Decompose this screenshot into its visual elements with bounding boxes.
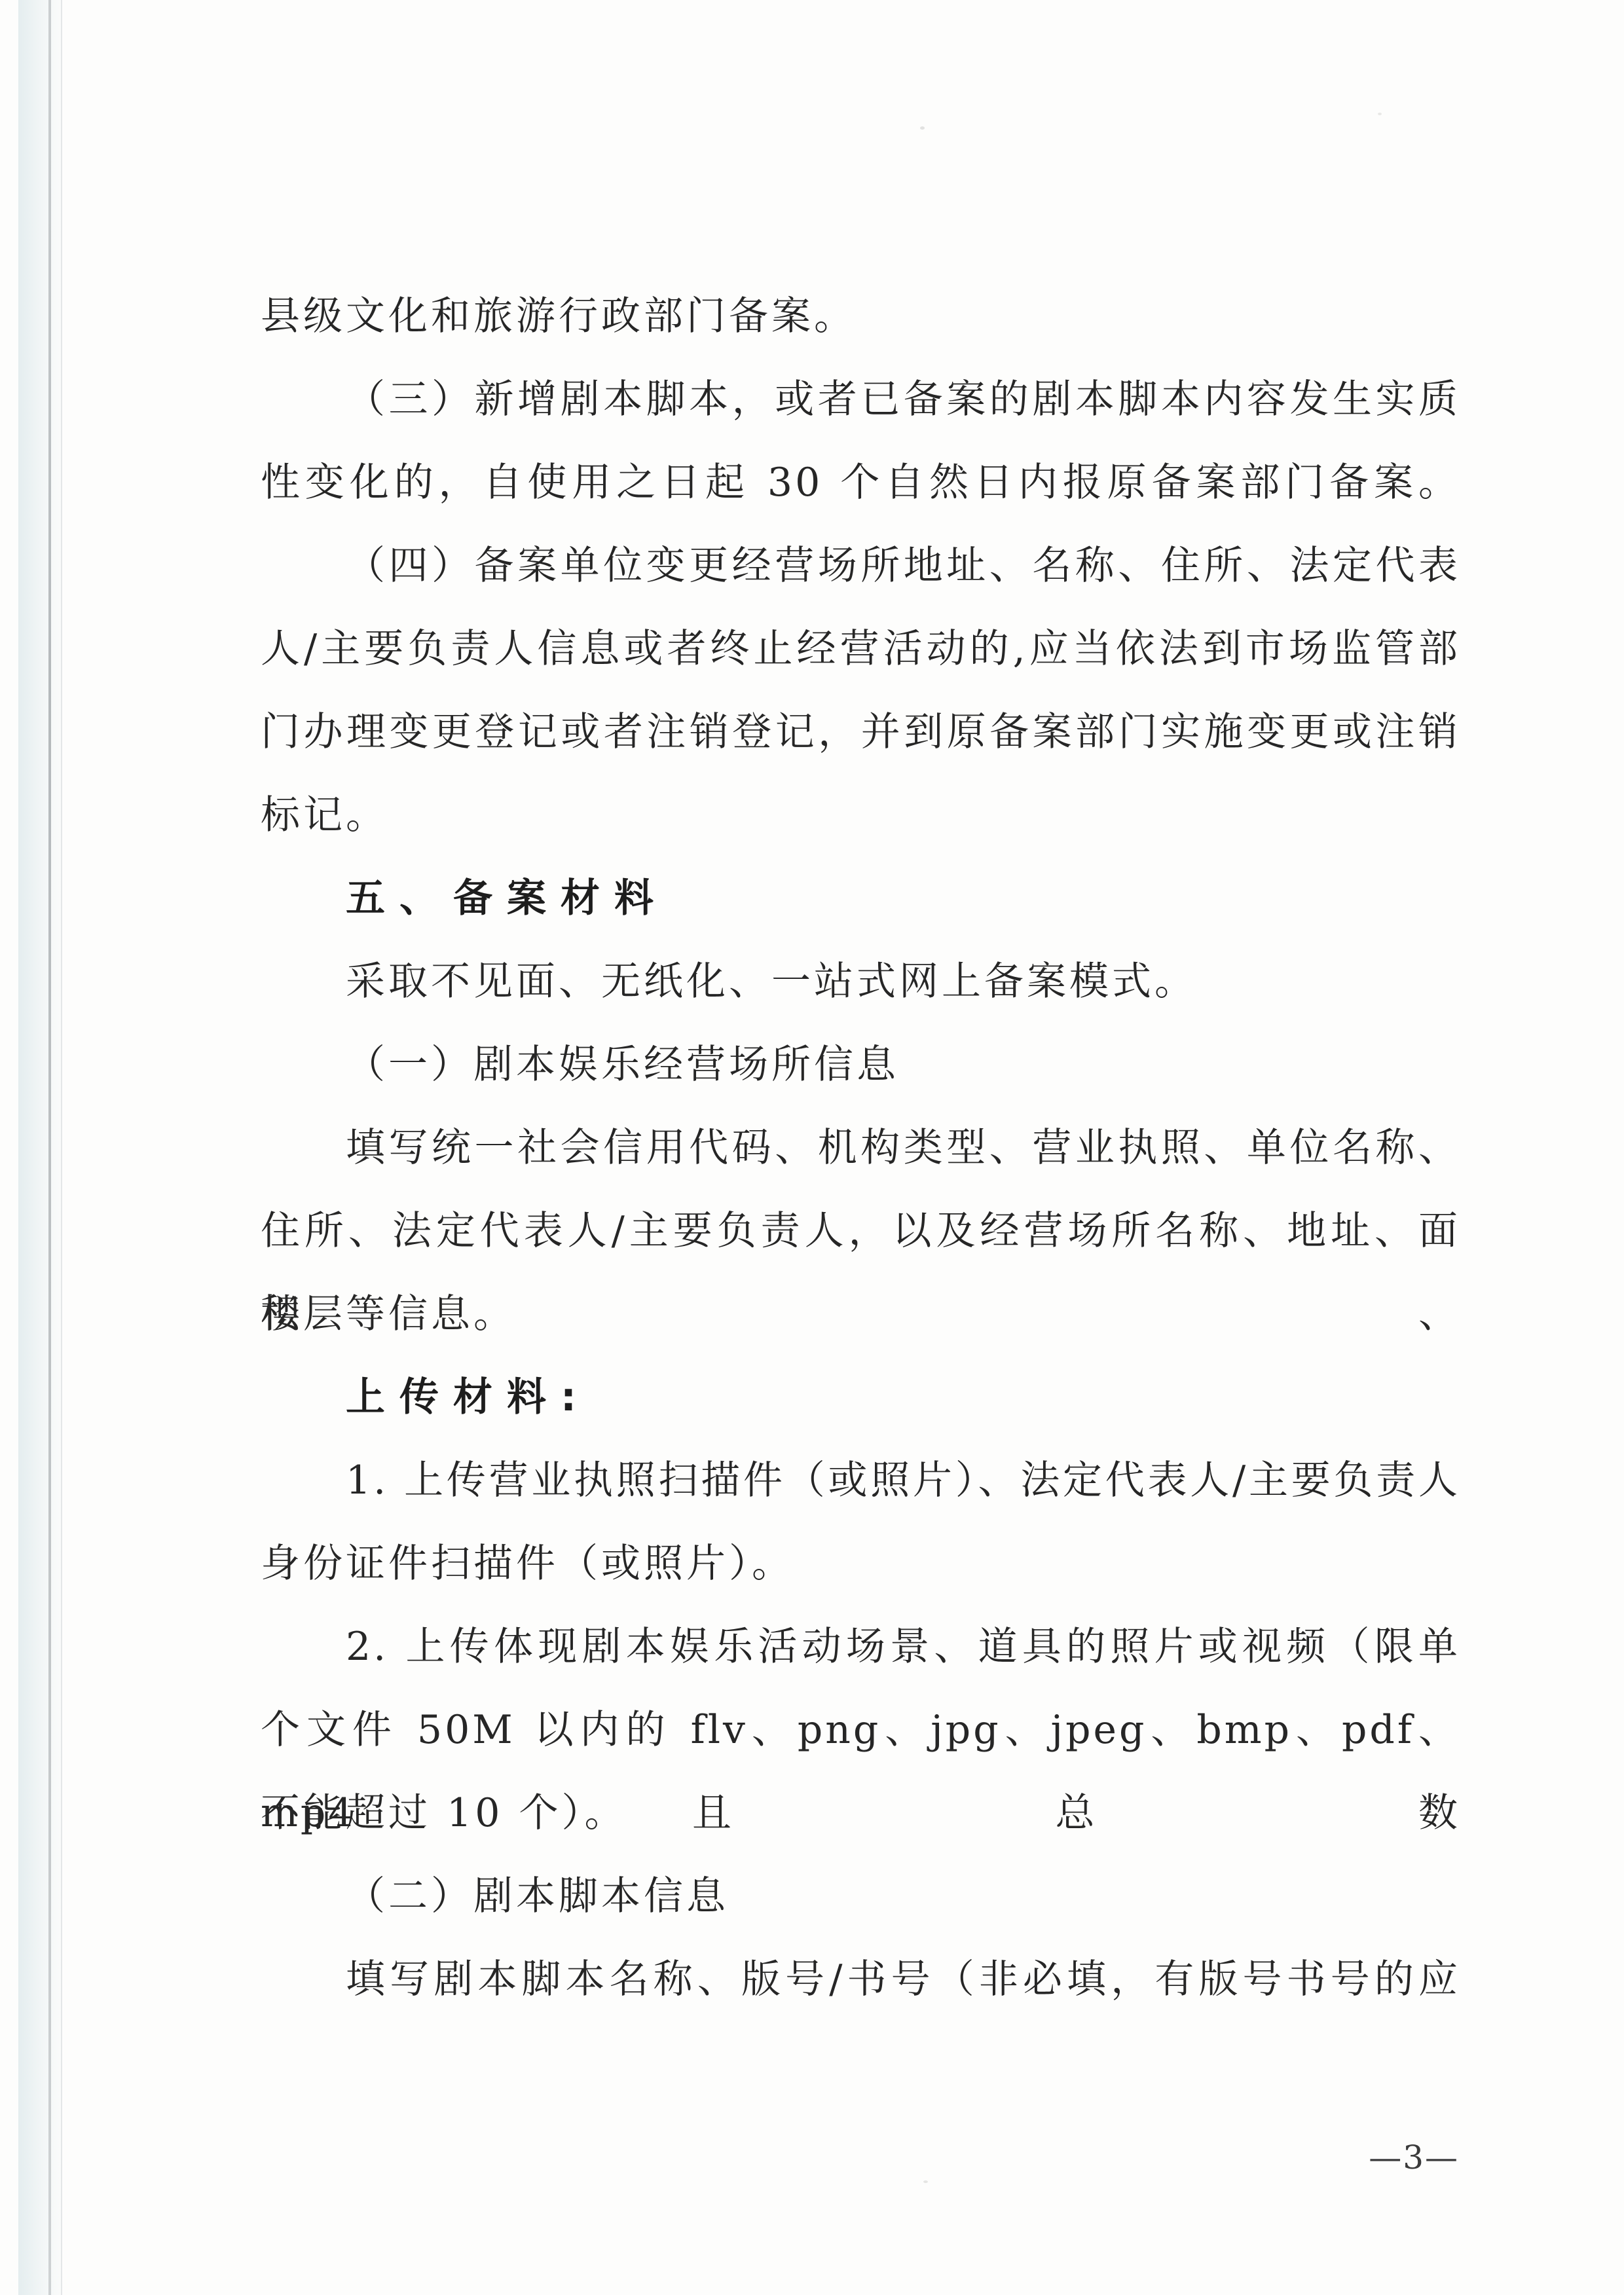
doc-line: 性变化的，自使用之日起 30 个自然日内报原备案部门备案。 [261,441,1460,524]
scan-edge-artifact [18,0,62,2295]
scan-edge-line [48,0,51,2295]
upload-materials-label: 上传材料: [261,1356,1460,1439]
document-body: 县级文化和旅游行政部门备案。 （三）新增剧本脚本，或者已备案的剧本脚本内容发生实… [261,275,1460,2021]
scanned-page: 县级文化和旅游行政部门备案。 （三）新增剧本脚本，或者已备案的剧本脚本内容发生实… [0,0,1624,2295]
doc-line: 2. 上传体现剧本娱乐活动场景、道具的照片或视频（限单 [261,1606,1460,1689]
subsection-heading: （二）剧本脚本信息 [261,1855,1460,1938]
page-number: —3— [1369,2139,1459,2176]
doc-line: 采取不见面、无纸化、一站式网上备案模式。 [261,940,1460,1023]
doc-line: 人/主要负责人信息或者终止经营活动的,应当依法到市场监管部 [261,608,1460,691]
doc-line: 门办理变更登记或者注销登记，并到原备案部门实施变更或注销 [261,691,1460,774]
scan-speck [920,126,925,130]
doc-line: 标记。 [261,774,1460,857]
section-heading: 五、备案材料 [261,857,1460,940]
doc-line: 填写统一社会信用代码、机构类型、营业执照、单位名称、 [261,1107,1460,1190]
doc-line: 1. 上传营业执照扫描件（或照片）、法定代表人/主要负责人 [261,1439,1460,1522]
doc-line: （四）备案单位变更经营场所地址、名称、住所、法定代表 [261,524,1460,608]
doc-line: 填写剧本脚本名称、版号/书号（非必填，有版号书号的应 [261,1938,1460,2021]
doc-line: 住所、法定代表人/主要负责人，以及经营场所名称、地址、面积、 [261,1190,1460,1273]
doc-line: 县级文化和旅游行政部门备案。 [261,275,1460,358]
scan-speck [1378,113,1382,115]
scan-edge-line-faint [61,0,62,2295]
scan-speck [923,2180,928,2183]
doc-line: 个文件 50M 以内的 flv、png、jpg、jpeg、bmp、pdf、mp4… [261,1689,1460,1772]
subsection-heading: （一）剧本娱乐经营场所信息 [261,1023,1460,1107]
doc-line: （三）新增剧本脚本，或者已备案的剧本脚本内容发生实质 [261,358,1460,441]
doc-line: 身份证件扫描件（或照片）。 [261,1522,1460,1606]
